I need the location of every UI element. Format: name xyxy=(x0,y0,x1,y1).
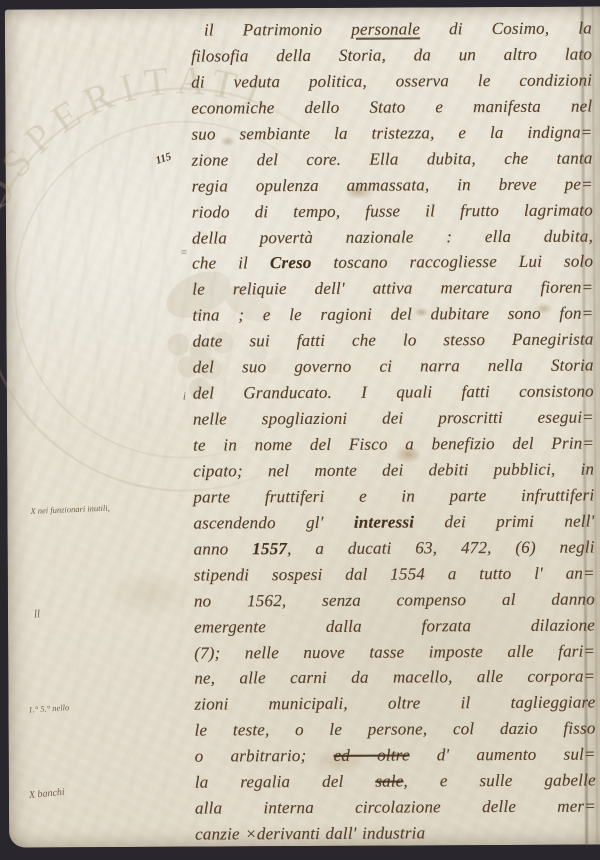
text-line: nelle spogliazioni dei proscritti esegui… xyxy=(193,408,594,436)
text-line: riodo di tempo, fusse il frutto lagrimat… xyxy=(192,200,593,228)
text-line: zioni municipali, oltre il taglieggiare xyxy=(194,693,595,721)
text-line: parte fruttiferi e in parte infruttiferi xyxy=(193,485,594,513)
text-line: anno 1557, a ducati 63, 472, (6) negli xyxy=(194,537,595,565)
text-line: le reliquie dell' attiva mercatura fiore… xyxy=(192,278,593,306)
foxing-stain xyxy=(104,569,194,619)
margin-note: 1.° 5.° nello xyxy=(28,702,69,714)
text-line: la regalia del sale, e sulle gabelle xyxy=(195,771,596,799)
margin-note: X nei funzionari inutili, xyxy=(30,503,110,516)
verso-bleedthrough xyxy=(17,429,199,830)
text-line: stipendi sospesi dal 1554 a tutto l' an= xyxy=(194,563,595,591)
text-line: cipato; nel monte dei debiti pubblici, i… xyxy=(193,459,594,487)
text-line: te in nome del Fisco a benefizio del Pri… xyxy=(193,433,594,461)
text-line: di veduta politica, osserva le condizion… xyxy=(191,70,592,98)
text-line: tina ; e le ragioni del dubitare sono fo… xyxy=(192,304,593,332)
margin-note: ll xyxy=(34,608,41,620)
text-line: il Patrimonio personale di Cosimo, la xyxy=(191,19,592,47)
text-line: le teste, o le persone, col dazio fisso xyxy=(195,719,596,747)
text-line: regia opulenza ammassata, in breve pe= xyxy=(192,174,593,202)
margin-note: X banchi xyxy=(28,787,65,801)
text-line: (7); nelle nuove tasse imposte alle fari… xyxy=(194,641,595,669)
text-line: alla interna circolazione delle mer= xyxy=(195,797,596,825)
text-line: emergente dalla forzata dilazione xyxy=(194,615,595,643)
text-line: della povertà nazionale : ella dubita, xyxy=(192,226,593,254)
margin-note: i xyxy=(183,391,186,403)
text-line: economiche dello Stato e manifesta nel xyxy=(191,96,592,124)
text-line: suo sembiante la tristezza, e la indigna… xyxy=(191,122,592,150)
scan-background: PROSPERITATI il Patrimonio personale d xyxy=(0,0,600,860)
text-line: del Granducato. I quali fatti consistono xyxy=(193,382,594,410)
text-line: filosofia della Storia, da un altro lato xyxy=(191,44,592,72)
text-line: zione del core. Ella dubita, che tanta xyxy=(192,148,593,176)
margin-note: = xyxy=(180,247,188,259)
manuscript-text: il Patrimonio personale di Cosimo, lafil… xyxy=(191,19,596,851)
text-line: ne, alle carni da macello, alle corpora= xyxy=(194,667,595,695)
margin-note: 115 xyxy=(154,151,173,167)
text-line: del suo governo ci narra nella Storia xyxy=(193,356,594,384)
text-line: o arbitrario; ed oltre d' aumento sul= xyxy=(195,745,596,773)
text-line: che il Creso toscano raccogliesse Lui so… xyxy=(192,252,593,280)
margin-notes: X nei funzionari inutili,ll1.° 5.° nello… xyxy=(5,6,600,9)
manuscript-page: PROSPERITATI il Patrimonio personale d xyxy=(5,6,600,847)
text-line: date sui fatti che lo stesso Panegirista xyxy=(193,330,594,358)
text-line: ascendendo gl' interessi dei primi nell' xyxy=(193,511,594,539)
text-line: canzie ×derivanti dall' industria xyxy=(195,823,596,851)
text-line: no 1562, senza compenso al danno xyxy=(194,589,595,617)
